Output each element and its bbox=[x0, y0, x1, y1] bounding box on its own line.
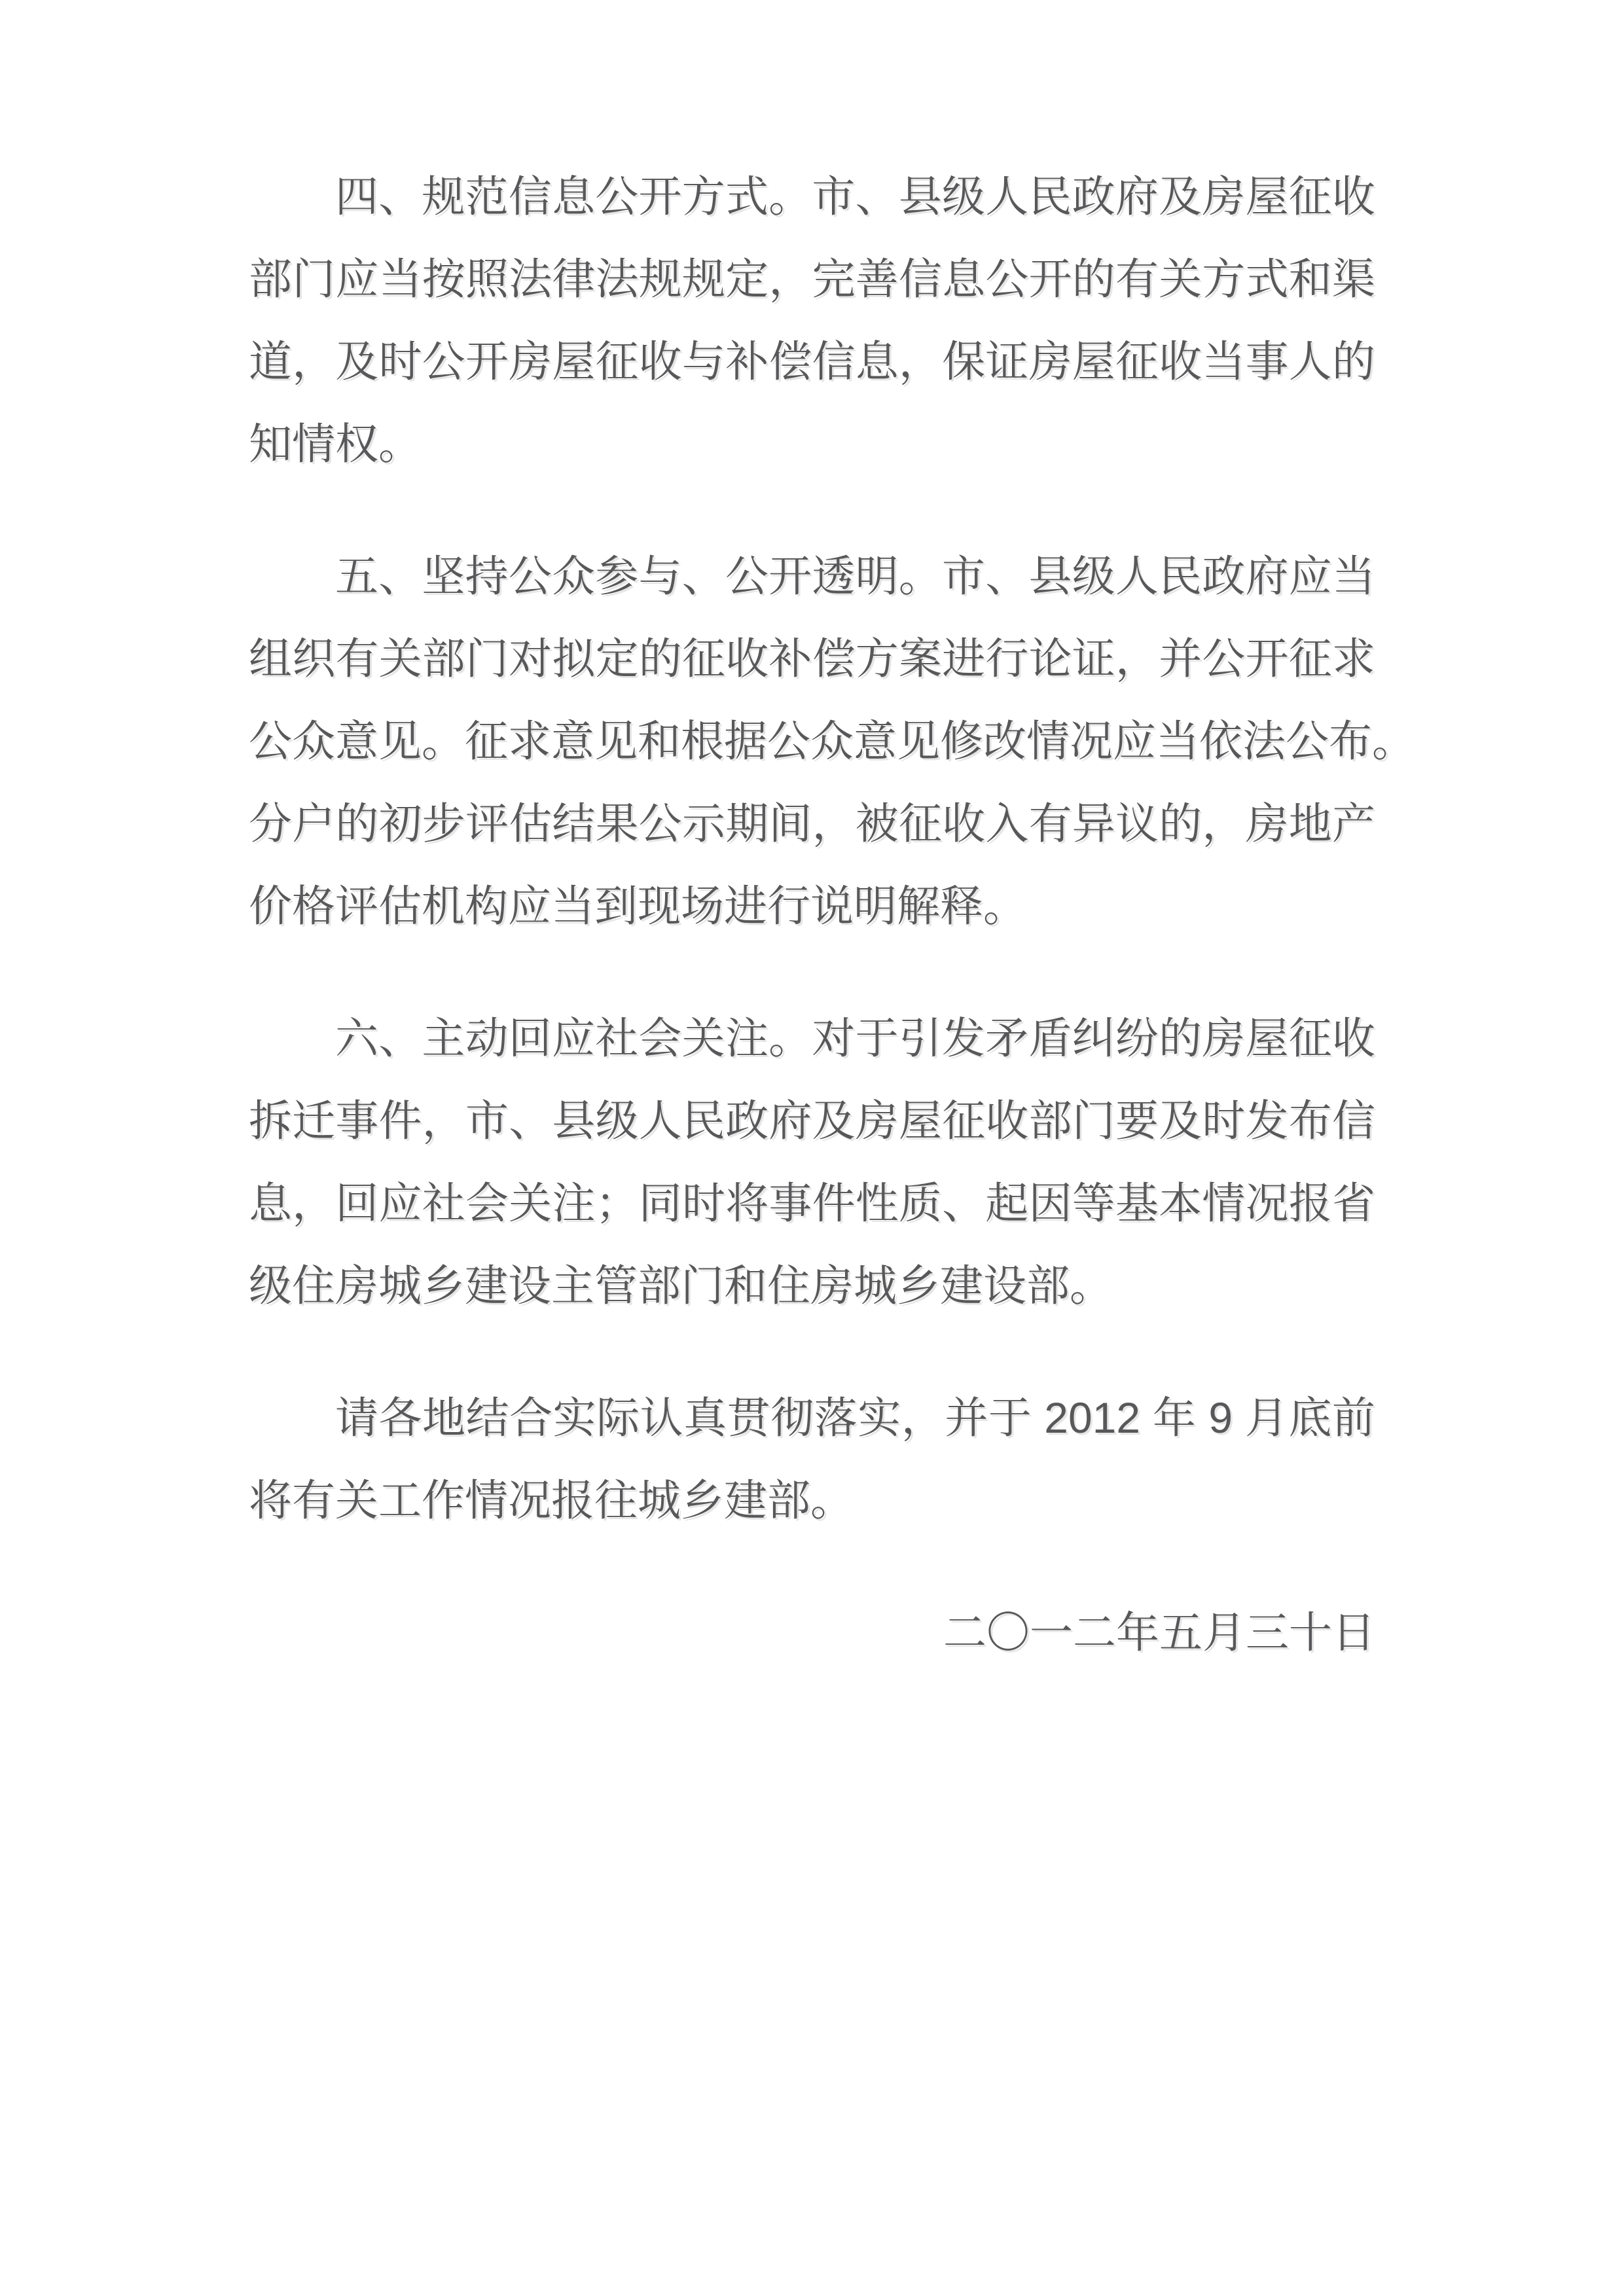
body-line: 道，及时公开房屋征收与补偿信息，保证房屋征收当事人的 bbox=[249, 320, 1375, 403]
document-body: 四、规范信息公开方式。市、县级人民政府及房屋征收 部门应当按照法律法规规定，完善… bbox=[249, 155, 1375, 1674]
body-line: 价格评估机构应当到现场进行说明解释。 bbox=[249, 865, 1375, 947]
body-line: 拆迁事件，市、县级人民政府及房屋征收部门要及时发布信 bbox=[249, 1079, 1375, 1162]
paragraph-item-5: 五、坚持公众参与、公开透明。市、县级人民政府应当 组织有关部门对拟定的征收补偿方… bbox=[249, 535, 1375, 947]
paragraph-closing-request: 请各地结合实际认真贯彻落实，并于 2012 年 9 月底前 将有关工作情况报往城… bbox=[249, 1376, 1375, 1541]
body-line: 四、规范信息公开方式。市、县级人民政府及房屋征收 bbox=[249, 155, 1375, 238]
body-line: 六、主动回应社会关注。对于引发矛盾纠纷的房屋征收 bbox=[249, 997, 1375, 1079]
body-line: 五、坚持公众参与、公开透明。市、县级人民政府应当 bbox=[249, 535, 1375, 617]
document-page: 四、规范信息公开方式。市、县级人民政府及房屋征收 部门应当按照法律法规规定，完善… bbox=[0, 0, 1624, 2296]
body-line: 级住房城乡建设主管部门和住房城乡建设部。 bbox=[249, 1244, 1375, 1327]
body-line: 部门应当按照法律法规规定，完善信息公开的有关方式和渠 bbox=[249, 238, 1375, 320]
paragraph-item-6: 六、主动回应社会关注。对于引发矛盾纠纷的房屋征收 拆迁事件，市、县级人民政府及房… bbox=[249, 997, 1375, 1327]
paragraph-date: 二〇一二年五月三十日 bbox=[249, 1591, 1375, 1674]
body-line: 知情权。 bbox=[249, 403, 1375, 485]
body-line: 分户的初步评估结果公示期间，被征收入有异议的，房地产 bbox=[249, 782, 1375, 865]
body-line: 组织有关部门对拟定的征收补偿方案进行论证，并公开征求 bbox=[249, 617, 1375, 700]
date-line: 二〇一二年五月三十日 bbox=[249, 1591, 1375, 1674]
body-line: 息，回应社会关注；同时将事件性质、起因等基本情况报省 bbox=[249, 1162, 1375, 1244]
body-line: 将有关工作情况报往城乡建部。 bbox=[249, 1459, 1375, 1541]
body-line: 请各地结合实际认真贯彻落实，并于 2012 年 9 月底前 bbox=[249, 1376, 1375, 1459]
body-line: 公众意见。征求意见和根据公众意见修改情况应当依法公布。 bbox=[249, 700, 1375, 782]
paragraph-item-4: 四、规范信息公开方式。市、县级人民政府及房屋征收 部门应当按照法律法规规定，完善… bbox=[249, 155, 1375, 485]
